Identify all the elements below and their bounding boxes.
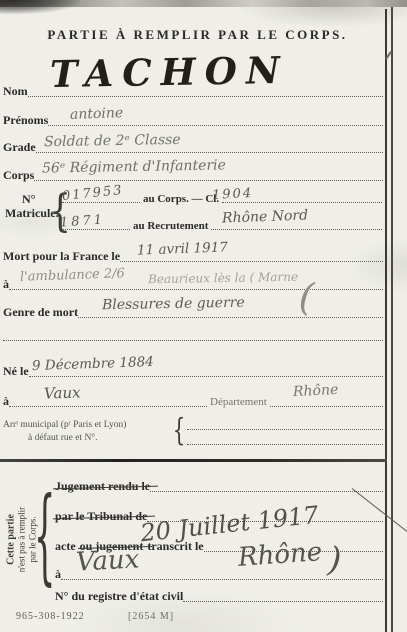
scan-corner-smudge — [0, 0, 80, 14]
prenoms-label: Prénoms — [3, 113, 48, 128]
dotted-line — [183, 597, 383, 602]
sidebar-note-line2: n'est pas à remplir — [17, 480, 28, 600]
jugement-label: Jugement rendu le — [55, 479, 150, 494]
corps-value: 56ᵉ Régiment d'Infanterie — [42, 157, 226, 176]
nom-value-stamp: TACHON — [50, 48, 289, 96]
registre-label: N° du registre d'état civil — [55, 589, 183, 604]
arrondissement-brace: { — [173, 414, 186, 449]
dotted-line — [9, 402, 207, 407]
closing-paren: ) — [327, 540, 343, 581]
sidebar-note-line1: Cette partie — [6, 480, 17, 600]
grade-label: Grade — [3, 140, 36, 155]
classe-value: 1904 — [212, 186, 254, 203]
military-death-record-form: PARTIE À REMPLIR PAR LE CORPS. Nom TACHO… — [0, 0, 407, 632]
arrondissement-label-2: à défaut rue et N°. — [28, 433, 97, 443]
mort-label: Mort pour la France le — [3, 249, 120, 264]
bottom-section-brace: { — [34, 477, 56, 597]
right-border-line-outer — [391, 7, 393, 632]
dotted-line — [9, 285, 383, 290]
print-code-2: [2654 M] — [128, 611, 174, 622]
departement-value: Rhône — [293, 382, 339, 400]
lieu-mort-value-2: Beaurieux lès la ( Marne — [148, 270, 298, 287]
section-divider — [0, 459, 387, 462]
au-recrutement-label: au Recrutement — [130, 220, 211, 232]
grade-value: Soldat de 2ᵉ Classe — [44, 132, 181, 150]
acte-label: acte — [55, 539, 76, 554]
recrutement-lieu-value: Rhône Nord — [222, 208, 309, 227]
nom-label: Nom — [3, 84, 28, 99]
matricule-recrutement-value: 1871 — [60, 212, 106, 230]
mort-date-value: 11 avril 1917 — [137, 239, 228, 258]
corps-label: Corps — [3, 168, 34, 183]
matricule-no-label: N° — [22, 192, 35, 207]
dotted-line — [270, 402, 383, 407]
genre-mort-label: Genre de mort — [3, 305, 78, 320]
lieu-transcrit-value: Vaux — [75, 544, 140, 577]
departement-label: Département — [207, 396, 270, 408]
dotted-line — [34, 176, 383, 181]
arrondissement-label-1: Arrᵗ municipal (pʳ Paris et Lyon) — [3, 420, 126, 430]
blank-dotted-line — [187, 444, 383, 445]
tribunal-label: par le Tribunal de — [55, 509, 147, 524]
dotted-line — [78, 313, 383, 318]
genre-mort-value: Blessures de guerre — [102, 295, 245, 313]
dotted-line — [29, 372, 383, 377]
print-code-1: 965-308-1922 — [16, 611, 85, 622]
au-corps-label: au Corps. — Cl. — [140, 193, 222, 205]
naissance-label: Né le — [3, 364, 29, 379]
blank-dotted-line — [187, 429, 383, 430]
field-row-registre: N° du registre d'état civil — [55, 589, 383, 604]
field-row-jugement: Jugement rendu le — [55, 479, 383, 494]
form-title: PARTIE À REMPLIR PAR LE CORPS. — [0, 27, 395, 43]
lieu-naissance-value: Vaux — [44, 383, 81, 402]
lieu-transcrit-dept-value: Rhône — [237, 537, 323, 573]
blank-dotted-line — [3, 340, 383, 341]
right-border-line-inner — [385, 9, 387, 632]
field-row-prenoms: Prénoms — [3, 113, 383, 128]
prenoms-value: antoine — [70, 105, 124, 123]
dotted-line — [150, 487, 383, 492]
